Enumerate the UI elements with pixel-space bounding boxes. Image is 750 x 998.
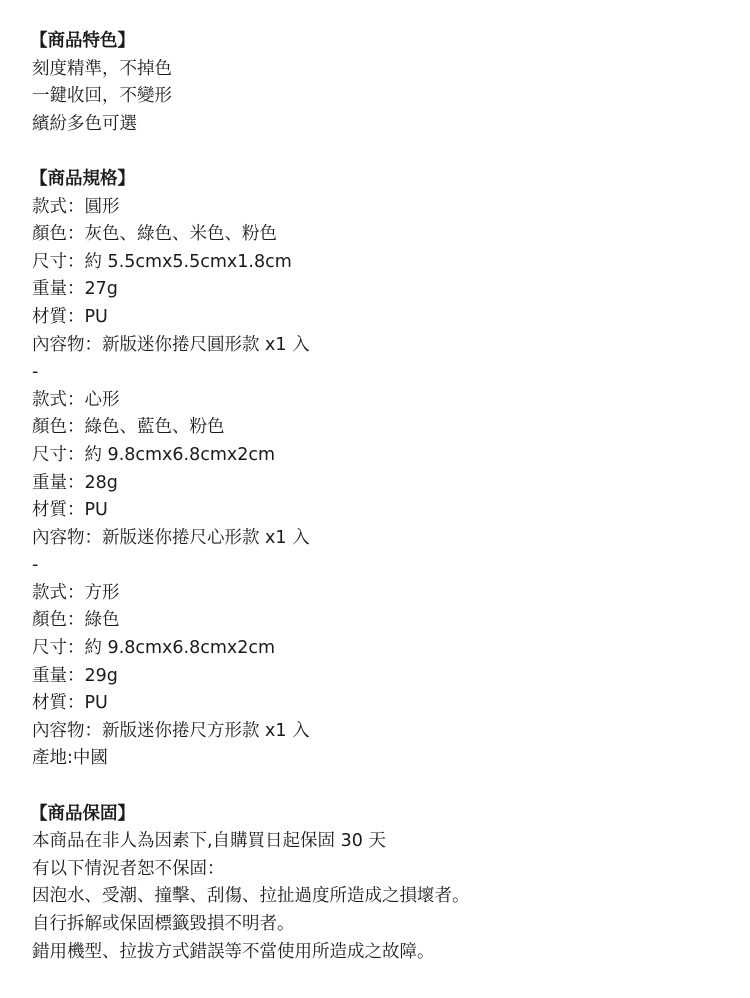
spacer [32, 138, 470, 166]
features-heading: 【商品特色】 [30, 28, 470, 56]
specs-section: 【商品規格】 款式：圓形 顏色：灰色、綠色、米色、粉色 尺寸：約 5.5cmx5… [32, 166, 470, 773]
warranty-line: 有以下情況者恕不保固： [32, 856, 470, 884]
warranty-section: 【商品保固】 本商品在非人為因素下,自購買日起保固 30 天 有以下情況者恕不保… [32, 801, 470, 967]
spec-material: 材質：PU [32, 690, 470, 718]
spec-material: 材質：PU [32, 497, 470, 525]
warranty-line: 因泡水、受潮、撞擊、刮傷、拉扯過度所造成之損壞者。 [32, 883, 470, 911]
variant-square: 款式：方形 顏色：綠色 尺寸：約 9.8cmx6.8cmx2cm 重量：29g … [32, 580, 470, 746]
feature-line: 刻度精準，不掉色 [32, 56, 470, 84]
features-section: 【商品特色】 刻度精準，不掉色 一鍵收回，不變形 繽紛多色可選 [32, 28, 470, 138]
warranty-line: 錯用機型、拉拔方式錯誤等不當使用所造成之故障。 [32, 939, 470, 967]
spec-weight: 重量：27g [32, 276, 470, 304]
spec-colors: 顏色：綠色 [32, 607, 470, 635]
spec-style: 款式：圓形 [32, 194, 470, 222]
variant-round: 款式：圓形 顏色：灰色、綠色、米色、粉色 尺寸：約 5.5cmx5.5cmx1.… [32, 194, 470, 360]
warranty-line: 本商品在非人為因素下,自購買日起保固 30 天 [32, 828, 470, 856]
spec-contents: 內容物：新版迷你捲尺心形款 x1 入 [32, 525, 470, 553]
feature-line: 一鍵收回，不變形 [32, 83, 470, 111]
separator: - [32, 552, 470, 580]
spec-style: 款式：方形 [32, 580, 470, 608]
product-description: 【商品特色】 刻度精準，不掉色 一鍵收回，不變形 繽紛多色可選 【商品規格】 款… [32, 28, 470, 966]
spacer [32, 773, 470, 801]
warranty-heading: 【商品保固】 [30, 801, 470, 829]
specs-heading: 【商品規格】 [30, 166, 470, 194]
spec-style: 款式：心形 [32, 387, 470, 415]
spec-size: 尺寸：約 9.8cmx6.8cmx2cm [32, 442, 470, 470]
spec-weight: 重量：29g [32, 663, 470, 691]
spec-contents: 內容物：新版迷你捲尺方形款 x1 入 [32, 718, 470, 746]
feature-line: 繽紛多色可選 [32, 111, 470, 139]
spec-colors: 顏色：綠色、藍色、粉色 [32, 414, 470, 442]
spec-size: 尺寸：約 9.8cmx6.8cmx2cm [32, 635, 470, 663]
variant-heart: 款式：心形 顏色：綠色、藍色、粉色 尺寸：約 9.8cmx6.8cmx2cm 重… [32, 387, 470, 553]
spec-material: 材質：PU [32, 304, 470, 332]
spec-contents: 內容物：新版迷你捲尺圓形款 x1 入 [32, 332, 470, 360]
spec-weight: 重量：28g [32, 470, 470, 498]
spec-size: 尺寸：約 5.5cmx5.5cmx1.8cm [32, 249, 470, 277]
warranty-line: 自行拆解或保固標籤毀損不明者。 [32, 911, 470, 939]
spec-origin: 產地:中國 [32, 745, 470, 773]
separator: - [32, 359, 470, 387]
spec-colors: 顏色：灰色、綠色、米色、粉色 [32, 221, 470, 249]
